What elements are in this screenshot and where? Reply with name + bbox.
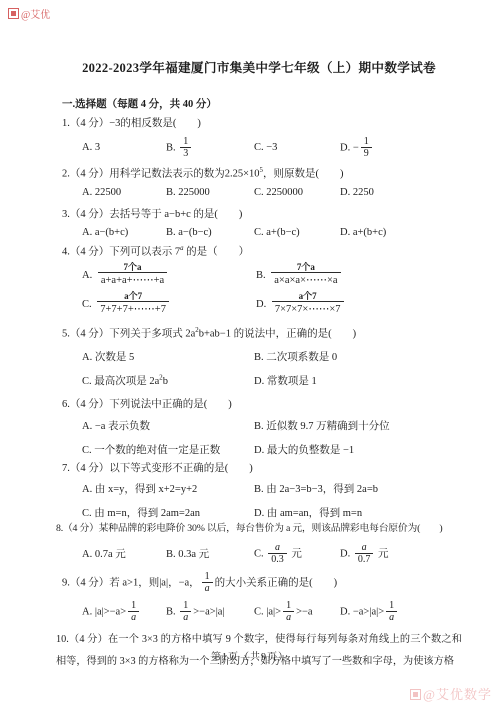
option-a: A. 0.7a 元 [82, 546, 166, 561]
option-d: D. 由 am=an，得到 m=n [254, 505, 462, 520]
unit-label: 元 [378, 548, 389, 559]
brace-count-label: 7个a [98, 262, 167, 273]
option-a: A. a−(b+c) [82, 227, 166, 238]
option-d-label: D. [340, 548, 350, 559]
question-4-options-row-1: A. 7个aa+a+a+⋯⋯+a B. 7个aa×a×a×⋯⋯×a [56, 262, 462, 289]
denominator: a [283, 611, 294, 624]
fraction: 1a [283, 600, 294, 624]
question-2: 2.（4 分）用科学记数法表示的数为2.25×105，则原数是( ) A. 22… [56, 167, 462, 198]
overbrace-expression: 7个aa×a×a×⋯⋯×a [271, 262, 340, 289]
minus-sign: − [353, 142, 359, 153]
numerator: 1 [386, 600, 397, 612]
option-b: B. a−(b−c) [166, 227, 254, 238]
question-3-stem: 3.（4 分）去括号等于 a−b+c 的是( ) [62, 208, 462, 222]
overbrace-expression: a个77+7+7+⋯⋯+7 [97, 291, 169, 318]
question-8: 8.（4 分）某种品牌的彩电降价 30% 以后，每台售价为 a 元，则该品牌彩电… [56, 523, 462, 567]
section-header: 一.选择题（每题 4 分，共 40 分） [62, 96, 462, 111]
question-9-options: A. |a|>−a>1a B. 1a>−a>|a| C. |a|>1a>−a D… [56, 599, 462, 625]
option-b: B. 1a>−a>|a| [166, 599, 254, 625]
question-1: 1.（4 分）−3的相反数是( ) A. 3 B. 13 C. −3 D. −1… [56, 117, 462, 161]
option-c-label: C. [254, 548, 264, 559]
brace-count-label: a个7 [97, 291, 169, 302]
fraction: a0.7 [355, 542, 374, 566]
sum-expression: a+a+a+⋯⋯+a [98, 272, 167, 288]
numerator: a [355, 542, 374, 554]
option-c: C. −3 [254, 142, 340, 153]
watermark-text: @艾优数学 [423, 687, 492, 702]
option-c: C. 2250000 [254, 187, 340, 198]
option-d: D. −19 [340, 135, 462, 161]
option-a: A. 22500 [82, 187, 166, 198]
question-8-options: A. 0.7a 元 B. 0.3a 元 C. a0.3 元 D. a0.7 元 [56, 541, 462, 567]
fraction: 13 [180, 136, 191, 160]
question-9-stem: 9.（4 分）若 a>1，则|a|，−a，1a的大小关系正确的是( ) [62, 570, 462, 596]
question-5-stem: 5.（4 分）下列关于多项式 2a2b+ab−1 的说法中，正确的是( ) [62, 327, 462, 341]
option-b-label: B. [166, 142, 176, 153]
option-d: D. a0.7 元 [340, 541, 462, 567]
question-2-stem: 2.（4 分）用科学记数法表示的数为2.25×105，则原数是( ) [62, 167, 462, 181]
stem-text: 的大小关系正确的是( ) [215, 577, 338, 588]
option-text: >−a>|a| [193, 606, 224, 617]
bottom-right-watermark: @艾优数学 [410, 684, 492, 703]
option-d: D. 常数项是 1 [254, 373, 462, 388]
option-d-label: D. [256, 298, 266, 309]
question-4-stem: 4.（4 分）下列可以表示 7a 的是（ ） [62, 245, 462, 259]
question-5-options-row-2: C. 最高次项是 2a2b D. 常数项是 1 [56, 373, 462, 388]
option-a: A. 7个aa+a+a+⋯⋯+a [82, 262, 256, 289]
question-1-options: A. 3 B. 13 C. −3 D. −19 [56, 135, 462, 161]
question-6-stem: 6.（4 分）下列说法中正确的是( ) [62, 398, 462, 412]
numerator: 1 [283, 600, 294, 612]
numerator: a [268, 542, 287, 554]
stem-text: 4.（4 分）下列可以表示 7 [62, 247, 180, 258]
fraction: 19 [361, 136, 372, 160]
denominator: a [128, 611, 139, 624]
stem-text: 9.（4 分）若 a>1，则|a|，−a， [62, 577, 200, 588]
denominator: 9 [361, 147, 372, 160]
denominator: 0.7 [355, 553, 374, 566]
option-text: |a|> [266, 606, 281, 617]
question-6: 6.（4 分）下列说法中正确的是( ) A. −a 表示负数 B. 近似数 9.… [56, 398, 462, 458]
option-a-label: A. [82, 269, 92, 280]
stem-text: 2.（4 分）用科学记数法表示的数为2.25×10 [62, 168, 260, 179]
fraction: 1a [128, 600, 139, 624]
option-text: >−a [296, 606, 313, 617]
fraction: a0.3 [268, 542, 287, 566]
brace-count-label: 7个a [271, 262, 340, 273]
fraction: 1a [180, 600, 191, 624]
option-c: C. 一个数的绝对值一定是正数 [82, 442, 254, 457]
numerator: 1 [128, 600, 139, 612]
option-b: B. 由 2a−3=b−3，得到 2a=b [254, 481, 462, 496]
option-b: B. 二次项系数是 0 [254, 349, 462, 364]
stem-text: ，则原数是( ) [263, 168, 344, 179]
option-b: B. 13 [166, 135, 254, 161]
option-c: C. 最高次项是 2a2b [82, 373, 254, 388]
top-left-red-stamp: @艾优 [8, 6, 50, 21]
qr-logo-icon [410, 689, 421, 700]
stamp-text: @艾优 [21, 10, 50, 21]
question-5-options-row-1: A. 次数是 5 B. 二次项系数是 0 [56, 349, 462, 364]
option-c: C. a个77+7+7+⋯⋯+7 [82, 291, 256, 318]
option-c: C. 由 m=n，得到 2am=2an [82, 505, 254, 520]
option-d: D. a个77×7×7×⋯⋯×7 [256, 291, 462, 318]
stem-text: 的是（ ） [184, 247, 250, 258]
fraction: 1a [202, 571, 213, 595]
denominator: a [180, 611, 191, 624]
question-7-stem: 7.（4 分）以下等式变形不正确的是( ) [62, 462, 462, 476]
numerator: 1 [202, 571, 213, 583]
numerator: 1 [180, 136, 191, 148]
question-9: 9.（4 分）若 a>1，则|a|，−a，1a的大小关系正确的是( ) A. |… [56, 570, 462, 625]
option-d: D. 最大的负整数是 −1 [254, 442, 462, 457]
exam-paper-page: @艾优 2022-2023学年福建厦门市集美中学七年级（上）期中数学试卷 一.选… [0, 0, 500, 707]
numerator: 1 [361, 136, 372, 148]
question-7: 7.（4 分）以下等式变形不正确的是( ) A. 由 x=y，得到 x+2=y+… [56, 462, 462, 520]
denominator: 0.3 [268, 553, 287, 566]
option-text: |a|>−a> [95, 606, 126, 617]
question-1-stem: 1.（4 分）−3的相反数是( ) [62, 117, 462, 131]
denominator: 3 [180, 147, 191, 160]
option-c-label: C. [82, 298, 92, 309]
numerator: 1 [180, 600, 191, 612]
denominator: a [386, 611, 397, 624]
option-d: D. a+(b+c) [340, 227, 462, 238]
stem-text: b+ab−1 的说法中，正确的是( ) [199, 328, 356, 339]
option-c: C. |a|>1a>−a [254, 599, 340, 625]
question-7-options-row-2: C. 由 m=n，得到 2am=2an D. 由 am=an，得到 m=n [56, 505, 462, 520]
option-text: C. 最高次项是 2a [82, 376, 159, 387]
fraction: 1a [386, 600, 397, 624]
option-a: A. 由 x=y，得到 x+2=y+2 [82, 481, 254, 496]
question-3-options: A. a−(b+c) B. a−(b−c) C. a+(b−c) D. a+(b… [56, 227, 462, 238]
option-text: b [163, 376, 168, 387]
option-c: C. a0.3 元 [254, 541, 340, 567]
option-d-label: D. [340, 142, 350, 153]
overbrace-expression: 7个aa+a+a+⋯⋯+a [98, 262, 167, 289]
option-a: A. −a 表示负数 [82, 418, 254, 433]
overbrace-expression: a个77×7×7×⋯⋯×7 [272, 291, 344, 318]
question-2-options: A. 22500 B. 225000 C. 2250000 D. 2250 [56, 187, 462, 198]
product-expression: a×a×a×⋯⋯×a [271, 272, 340, 288]
qr-logo-icon [8, 8, 19, 19]
option-a: A. |a|>−a>1a [82, 599, 166, 625]
page-number-footer: 第1页（共9页） [0, 648, 500, 663]
option-b-label: B. [256, 269, 266, 280]
product-expression: 7×7×7×⋯⋯×7 [272, 301, 344, 317]
question-6-options-row-2: C. 一个数的绝对值一定是正数 D. 最大的负整数是 −1 [56, 442, 462, 457]
sum-expression: 7+7+7+⋯⋯+7 [97, 301, 169, 317]
question-6-options-row-1: A. −a 表示负数 B. 近似数 9.7 万精确到十分位 [56, 418, 462, 433]
option-a-label: A. [82, 606, 92, 617]
option-a: A. 次数是 5 [82, 349, 254, 364]
option-d: D. 2250 [340, 187, 462, 198]
option-a: A. 3 [82, 142, 166, 153]
option-c-label: C. [254, 606, 264, 617]
page-content: 2022-2023学年福建厦门市集美中学七年级（上）期中数学试卷 一.选择题（每… [56, 57, 462, 673]
option-b: B. 0.3a 元 [166, 546, 254, 561]
option-text: −a>|a|> [353, 606, 384, 617]
question-8-stem: 8.（4 分）某种品牌的彩电降价 30% 以后，每台售价为 a 元，则该品牌彩电… [56, 523, 462, 536]
option-b: B. 7个aa×a×a×⋯⋯×a [256, 262, 462, 289]
page-title: 2022-2023学年福建厦门市集美中学七年级（上）期中数学试卷 [56, 57, 462, 76]
option-b: B. 近似数 9.7 万精确到十分位 [254, 418, 462, 433]
question-4: 4.（4 分）下列可以表示 7a 的是（ ） A. 7个aa+a+a+⋯⋯+a … [56, 245, 462, 317]
option-d-label: D. [340, 606, 350, 617]
option-b-label: B. [166, 606, 176, 617]
question-5: 5.（4 分）下列关于多项式 2a2b+ab−1 的说法中，正确的是( ) A.… [56, 327, 462, 388]
question-3: 3.（4 分）去括号等于 a−b+c 的是( ) A. a−(b+c) B. a… [56, 208, 462, 239]
option-b: B. 225000 [166, 187, 254, 198]
option-c: C. a+(b−c) [254, 227, 340, 238]
question-7-options-row-1: A. 由 x=y，得到 x+2=y+2 B. 由 2a−3=b−3，得到 2a=… [56, 481, 462, 496]
brace-count-label: a个7 [272, 291, 344, 302]
question-4-options-row-2: C. a个77+7+7+⋯⋯+7 D. a个77×7×7×⋯⋯×7 [56, 291, 462, 318]
stem-text: 5.（4 分）下列关于多项式 2a [62, 328, 195, 339]
option-d: D. −a>|a|>1a [340, 599, 462, 625]
denominator: a [202, 582, 213, 595]
unit-label: 元 [291, 548, 302, 559]
